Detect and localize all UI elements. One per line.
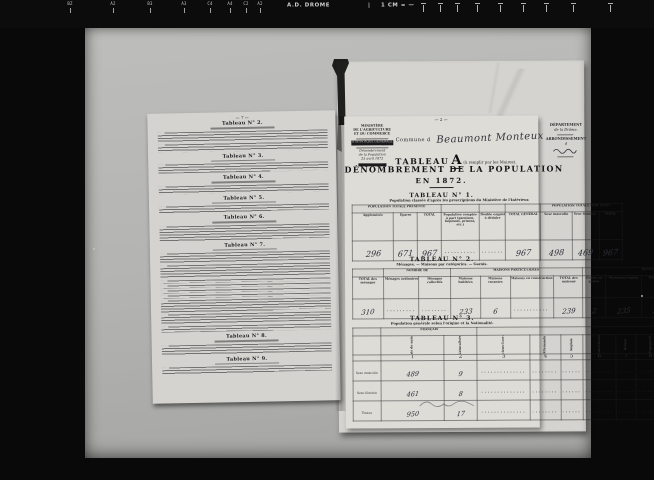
column-header-cell: Alsaciens-Lorrains — [477, 335, 530, 354]
value-cell: 489 — [381, 360, 444, 380]
handwritten-value: 8 — [458, 390, 463, 398]
instruction-section: Tableau N° 3. — [158, 152, 328, 174]
column-header-cell: Naturalisés — [444, 335, 477, 354]
handwritten-value: 239 — [561, 307, 575, 316]
instruction-section: Tableau N° 4. — [158, 173, 328, 194]
paragraph-text — [162, 364, 332, 374]
tableau-2-block: TABLEAU N° 2. Ménages. — Maisons par cat… — [352, 256, 532, 320]
handwritten-value: 498 — [548, 248, 564, 258]
film-strip: BZA2B3A3C4A4C2A2 A.D. DROME | 1 CM = — — [0, 0, 654, 28]
arrondissement-prefix: d — [544, 142, 588, 147]
divider-rule — [558, 134, 574, 135]
ministry-subline: 25 avril 1872 — [349, 157, 395, 161]
instruction-section: Tableau N° 6. — [159, 213, 329, 241]
section-subtitle-line — [212, 180, 276, 183]
value-cell — [561, 360, 583, 380]
paragraph-text — [159, 223, 329, 241]
ruler-tick — [419, 3, 428, 12]
form-year: EN 1872. — [344, 175, 538, 185]
ruler-tick — [606, 3, 615, 12]
value-cell — [531, 400, 561, 420]
frame-marker: A2 — [103, 2, 123, 13]
paragraph-text — [158, 129, 328, 142]
column-header-cell: Hôtels ou garnis — [583, 276, 606, 298]
column-header-cell: TOTAL des maisons — [554, 276, 583, 298]
paragraph-text — [159, 203, 329, 213]
value-cell — [530, 360, 560, 380]
column-header-cell: Français de naissance — [381, 335, 444, 354]
ruler-tick — [473, 3, 482, 12]
value-cell — [477, 360, 530, 380]
value-cell: 469 — [572, 240, 599, 260]
tableau-1-table: POPULATION TOTALE PRÉSENTEPOPULATION TOT… — [352, 203, 624, 261]
ruler-tick — [496, 3, 505, 12]
column-header-cell: Français — [641, 275, 654, 297]
dust-speck — [641, 295, 643, 297]
scan-stage: — 7 — Tableau N° 2.Tableau N° 3.Tableau … — [85, 28, 591, 458]
value-row: Totaux95017967 — [353, 398, 654, 421]
scale-label: 1 CM = — — [381, 3, 414, 8]
value-cell: 16 — [641, 297, 654, 317]
group-header-cell — [353, 328, 381, 336]
dust-speck — [93, 248, 95, 250]
column-header-row: Français de naissanceNaturalisésAlsacien… — [353, 333, 654, 355]
handwritten-value: 967 — [603, 247, 619, 257]
value-cell — [636, 399, 654, 419]
instruction-section: Tableau N° 7. — [160, 241, 332, 333]
ruler-tick — [519, 3, 528, 12]
column-header-cell: Allemands — [530, 335, 560, 354]
handwritten-value: 469 — [577, 248, 593, 258]
column-header-cell: Sexe féminin — [572, 212, 599, 240]
commune-label: Commune d — [396, 137, 431, 143]
frame-marker: A3 — [174, 2, 194, 13]
tick-mark — [184, 8, 185, 13]
commune-line: Commune d Beaumont Monteux — [395, 125, 544, 145]
paragraph-text — [159, 183, 329, 194]
value-cell: 239 — [554, 298, 583, 318]
form-main-title: DÉNOMBREMENT DE LA POPULATION — [344, 163, 538, 174]
column-header-cell: Agglomérée — [352, 213, 393, 241]
tick-mark — [230, 8, 231, 13]
section-subtitle-line — [212, 220, 276, 223]
instructions-page: — 7 — Tableau N° 2.Tableau N° 3.Tableau … — [147, 110, 341, 404]
group-header-cell — [479, 204, 506, 212]
frame-marker: BZ — [60, 2, 80, 13]
form-header: MINISTÈREDE L'AGRICULTUREET DU COMMERCES… — [349, 124, 533, 167]
department-value: de la Drôme. — [544, 128, 588, 133]
value-cell: 235 — [606, 297, 642, 317]
column-header-cell: TOTAL des ménages — [353, 277, 384, 299]
value-cell — [616, 359, 636, 379]
ruler-tick — [436, 3, 445, 12]
column-header-cell: TOTAL GÉNÉRAL — [506, 212, 541, 240]
paragraph-text — [158, 161, 328, 173]
census-form-page: — 2 — MINISTÈREDE L'AGRICULTUREET DU COM… — [344, 115, 540, 428]
group-header-cell — [352, 269, 383, 277]
ruler-tick — [569, 3, 578, 12]
archive-caption: A.D. DROME | 1 CM = — — [287, 3, 437, 12]
column-header-cell: TOTAL — [418, 213, 442, 241]
frame-marker: C4 — [200, 2, 220, 13]
column-header-cell: Personnes logées — [606, 275, 642, 297]
row-label-cell: Totaux — [353, 401, 381, 421]
divider-rule — [430, 187, 454, 188]
value-cell — [561, 400, 583, 420]
tableau-1-block: TABLEAU N° 1. Population classée d'après… — [352, 192, 532, 262]
value-cell: 967 — [599, 240, 623, 260]
group-header-cell: HÔTELS, MAISONS GARNIES — [583, 267, 654, 276]
value-cell — [583, 400, 617, 420]
tick-mark — [260, 8, 261, 13]
divider-rule — [356, 138, 388, 139]
column-header-cell: Maisons en construction — [510, 276, 554, 298]
column-header-cell: Espagnols — [636, 334, 654, 353]
handwritten-value: 9 — [458, 370, 463, 378]
column-header-cell: TOTAL — [599, 212, 623, 240]
ruler-tick — [453, 3, 462, 12]
form-title-block: Commune d Beaumont Monteux TABLEAUA(à re… — [395, 123, 544, 166]
section-subtitle-line — [211, 126, 275, 129]
value-cell: 498 — [540, 240, 572, 260]
column-header-cell: Belges — [616, 334, 636, 353]
group-header-cell — [441, 204, 479, 212]
paragraph-text — [162, 342, 332, 355]
column-header-cell: Ménages collectifs — [419, 276, 451, 298]
handwritten-value: 235 — [616, 307, 630, 316]
value-cell — [636, 359, 654, 379]
microfilm-scan-frame: BZA2B3A3C4A4C2A2 A.D. DROME | 1 CM = — —… — [0, 0, 654, 480]
tick-mark — [70, 8, 71, 13]
value-cell — [616, 379, 636, 399]
paragraph-text — [160, 250, 330, 263]
instruction-section: Tableau N° 9. — [162, 355, 332, 375]
tick-mark — [246, 8, 247, 13]
column-header-cell: Population comptée à part (garnison, hôp… — [441, 212, 479, 240]
arrondissement-handwritten-value — [553, 147, 579, 154]
value-cell — [530, 380, 560, 400]
commune-handwritten-value: Beaumont Monteux — [436, 131, 544, 146]
frame-marker: B3 — [140, 2, 160, 13]
ruler-tick — [542, 3, 551, 12]
instruction-section: Tableau N° 8. — [161, 332, 331, 355]
column-header-cell — [353, 336, 381, 355]
column-header-cell: Double emploi à déduire — [479, 212, 506, 240]
section-subtitle-line — [215, 339, 279, 342]
page-number: — 2 — — [344, 117, 538, 123]
value-cell — [636, 379, 654, 399]
value-cell — [477, 380, 530, 400]
column-header-cell: Anglais — [561, 335, 583, 354]
value-row: Sexe féminin4618469 — [353, 378, 654, 401]
archive-label: A.D. DROME — [287, 3, 330, 8]
tick-mark — [150, 8, 151, 13]
divider-rule — [558, 156, 574, 157]
value-cell — [616, 399, 636, 419]
ministry-line: ET DU COMMERCE — [349, 132, 395, 136]
paragraph-text — [161, 311, 331, 324]
instruction-section: Tableau N° 2. — [157, 119, 328, 152]
value-cell — [561, 380, 583, 400]
group-header-cell — [505, 204, 540, 212]
column-header-cell: Sexe masculin — [540, 212, 572, 240]
ministry-block: MINISTÈREDE L'AGRICULTUREET DU COMMERCES… — [349, 124, 395, 166]
column-header-row: AggloméréeÉparseTOTALPopulation comptée … — [352, 212, 622, 241]
statistique-bar: STATISTIQUE GÉNÉRALE — [351, 140, 393, 145]
tick-mark — [210, 8, 211, 13]
value-row: Sexe masculin4899498 — [353, 358, 654, 381]
row-label-cell: Sexe masculin — [353, 361, 381, 381]
handwritten-value: 489 — [406, 370, 419, 379]
value-cell: 9 — [444, 360, 477, 380]
paragraph-text — [161, 323, 331, 332]
value-cell — [477, 400, 530, 420]
instruction-sections: Tableau N° 2.Tableau N° 3.Tableau N° 4.T… — [157, 119, 332, 374]
divider-mark: | — [368, 3, 371, 8]
column-header-cell: Ménages ordinaires — [383, 277, 419, 299]
column-header-cell: Éparse — [393, 213, 417, 241]
column-header-cell: Maisons vacantes — [480, 276, 510, 298]
column-header-cell: Autrichiens — [582, 335, 616, 354]
tableau-2-table: NOMBRE DEMAISONS PARTICULIÈRESHÔTELS, MA… — [352, 266, 654, 319]
paragraph-text — [158, 141, 328, 152]
paper-crease — [434, 63, 554, 114]
handwritten-value: 2 — [592, 307, 597, 315]
row-label-cell: Sexe féminin — [353, 381, 381, 401]
paragraph-text — [161, 297, 331, 312]
signature-mark — [418, 398, 476, 412]
column-header-cell: Maisons habitées — [451, 276, 481, 298]
value-cell — [583, 380, 617, 400]
column-header-row: TOTAL des ménagesMénages ordinairesMénag… — [353, 275, 654, 299]
paragraph-text — [160, 262, 330, 278]
instruction-section: Tableau N° 5. — [159, 194, 329, 214]
value-cell — [583, 360, 617, 380]
department-block: DÉPARTEMENTde la Drôme.ARRONDISSEMENTd — [544, 123, 588, 165]
tableau-3-table: FRANÇAISÉTRANGERSFrançais de naissanceNa… — [352, 324, 654, 421]
value-cell: 2 — [583, 298, 606, 318]
frame-marker: A2 — [250, 2, 270, 13]
tick-mark — [113, 8, 114, 13]
